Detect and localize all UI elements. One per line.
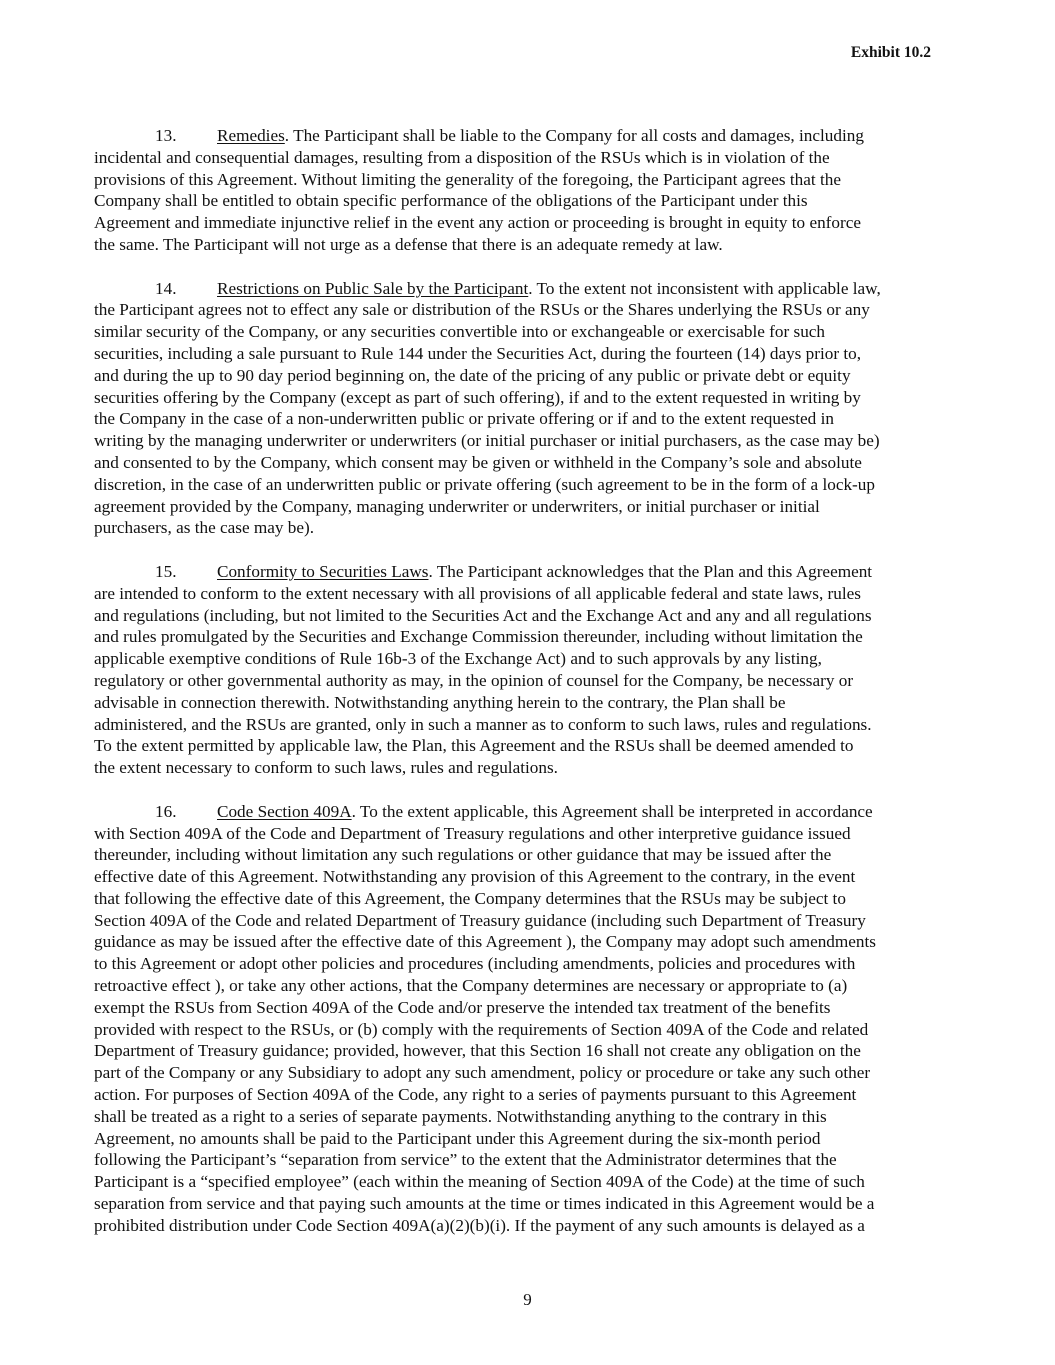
section-line: effective date of this Agreement. Notwit… xyxy=(94,867,855,886)
section-line: and consented to by the Company, which c… xyxy=(94,453,862,472)
section-line: with Section 409A of the Code and Depart… xyxy=(94,824,851,843)
section-line: part of the Company or any Subsidiary to… xyxy=(94,1063,870,1082)
exhibit-label: Exhibit 10.2 xyxy=(851,44,931,62)
section-number: 16. xyxy=(155,801,217,823)
section-16: 16.Code Section 409A. To the extent appl… xyxy=(94,801,966,1237)
document-body: 13.Remedies. The Participant shall be li… xyxy=(94,125,966,1258)
section-line: prohibited distribution under Code Secti… xyxy=(94,1216,865,1235)
section-line: To the extent permitted by applicable la… xyxy=(94,736,853,755)
section-line: thereunder, including without limitation… xyxy=(94,845,831,864)
section-line: Department of Treasury guidance; provide… xyxy=(94,1041,861,1060)
section-line: the Company in the case of a non-underwr… xyxy=(94,409,834,428)
section-line: and regulations (including, but not limi… xyxy=(94,606,872,625)
section-line: Agreement, no amounts shall be paid to t… xyxy=(94,1129,821,1148)
section-15: 15.Conformity to Securities Laws. The Pa… xyxy=(94,561,966,779)
section-line: Section 409A of the Code and related Dep… xyxy=(94,911,866,930)
section-line: advisable in connection therewith. Notwi… xyxy=(94,693,785,712)
section-line: exempt the RSUs from Section 409A of the… xyxy=(94,998,830,1017)
section-line: administered, and the RSUs are granted, … xyxy=(94,715,872,734)
section-heading: Code Section 409A xyxy=(217,802,352,821)
section-line: provisions of this Agreement. Without li… xyxy=(94,170,841,189)
section-line: Agreement and immediate injunctive relie… xyxy=(94,213,861,232)
section-line: . To the extent not inconsistent with ap… xyxy=(528,279,881,298)
section-heading: Conformity to Securities Laws xyxy=(217,562,428,581)
section-line: retroactive effect ), or take any other … xyxy=(94,976,847,995)
section-line: the Participant agrees not to effect any… xyxy=(94,300,870,319)
section-line: are intended to conform to the extent ne… xyxy=(94,584,861,603)
section-line: . To the extent applicable, this Agreeme… xyxy=(352,802,873,821)
section-line: Participant is a “specified employee” (e… xyxy=(94,1172,865,1191)
page-number: 9 xyxy=(0,1290,1055,1310)
section-line: and during the up to 90 day period begin… xyxy=(94,366,851,385)
section-line: regulatory or other governmental authori… xyxy=(94,671,853,690)
section-line: separation from service and that paying … xyxy=(94,1194,874,1213)
section-number: 14. xyxy=(155,278,217,300)
section-line: to this Agreement or adopt other policie… xyxy=(94,954,855,973)
section-number: 13. xyxy=(155,125,217,147)
section-line: writing by the managing underwriter or u… xyxy=(94,431,880,450)
section-heading: Restrictions on Public Sale by the Parti… xyxy=(217,279,528,298)
section-line: securities, including a sale pursuant to… xyxy=(94,344,861,363)
section-line: applicable exemptive conditions of Rule … xyxy=(94,649,822,668)
section-line: guidance as may be issued after the effe… xyxy=(94,932,876,951)
section-line: the same. The Participant will not urge … xyxy=(94,235,723,254)
section-14: 14.Restrictions on Public Sale by the Pa… xyxy=(94,278,966,540)
section-line: securities offering by the Company (exce… xyxy=(94,388,861,407)
section-line: action. For purposes of Section 409A of … xyxy=(94,1085,856,1104)
section-line: similar security of the Company, or any … xyxy=(94,322,825,341)
section-line: purchasers, as the case may be). xyxy=(94,518,314,537)
section-line: following the Participant’s “separation … xyxy=(94,1150,837,1169)
section-line: . The Participant shall be liable to the… xyxy=(285,126,864,145)
section-line: and rules promulgated by the Securities … xyxy=(94,627,863,646)
section-line: . The Participant acknowledges that the … xyxy=(428,562,872,581)
section-line: the extent necessary to conform to such … xyxy=(94,758,558,777)
section-line: agreement provided by the Company, manag… xyxy=(94,497,820,516)
section-line: shall be treated as a right to a series … xyxy=(94,1107,827,1126)
section-heading: Remedies xyxy=(217,126,285,145)
section-line: Company shall be entitled to obtain spec… xyxy=(94,191,808,210)
section-line: provided with respect to the RSUs, or (b… xyxy=(94,1020,868,1039)
section-number: 15. xyxy=(155,561,217,583)
section-line: incidental and consequential damages, re… xyxy=(94,148,830,167)
section-line: discretion, in the case of an underwritt… xyxy=(94,475,875,494)
section-line: that following the effective date of thi… xyxy=(94,889,846,908)
section-13: 13.Remedies. The Participant shall be li… xyxy=(94,125,966,256)
